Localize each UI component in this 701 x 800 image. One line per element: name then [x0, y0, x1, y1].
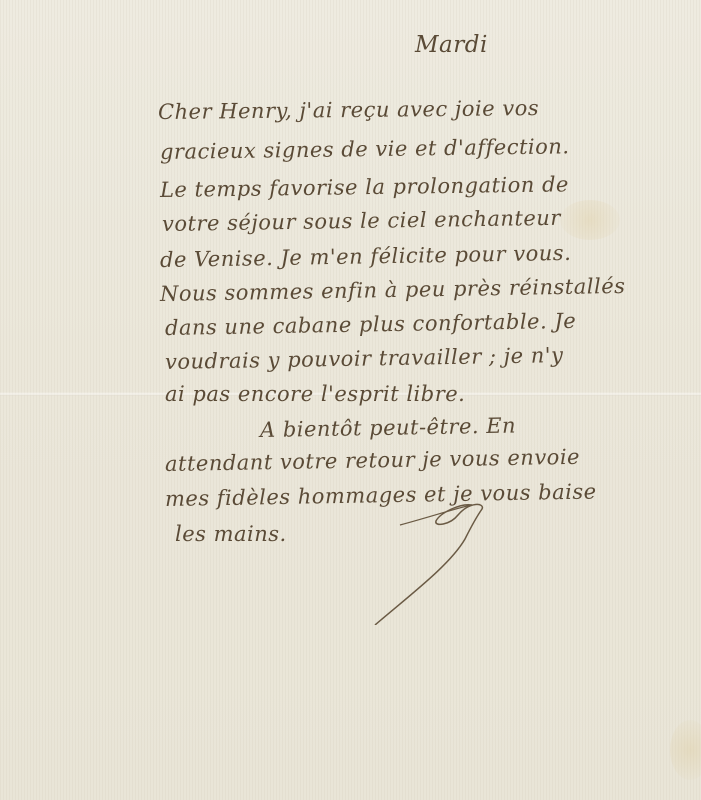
letter-line: de Venise. Je m'en félicite pour vous.	[160, 241, 572, 272]
paper-stain	[670, 720, 701, 780]
letter-line: Nous sommes enfin à peu près réinstallés	[160, 274, 626, 306]
letter-line: A bientôt peut-être. En	[260, 414, 517, 442]
letter-page: Mardi Cher Henry, j'ai reçu avec joie vo…	[0, 0, 701, 800]
letter-line: Le temps favorise la prolongation de	[160, 172, 569, 202]
letter-line: votre séjour sous le ciel enchanteur	[162, 206, 561, 236]
letter-line: gracieux signes de vie et d'affection.	[160, 134, 570, 164]
letter-line: les mains.	[175, 522, 287, 546]
letter-line: voudrais y pouvoir travailler ; je n'y	[165, 343, 564, 374]
date-heading: Mardi	[415, 32, 488, 58]
signature-flourish-icon	[360, 495, 490, 625]
letter-line: ai pas encore l'esprit libre.	[165, 382, 465, 406]
letter-line: dans une cabane plus confortable. Je	[165, 309, 577, 340]
paper-stain	[560, 200, 620, 240]
letter-line: Cher Henry, j'ai reçu avec joie vos	[158, 96, 539, 124]
letter-line: attendant votre retour je vous envoie	[165, 445, 580, 476]
